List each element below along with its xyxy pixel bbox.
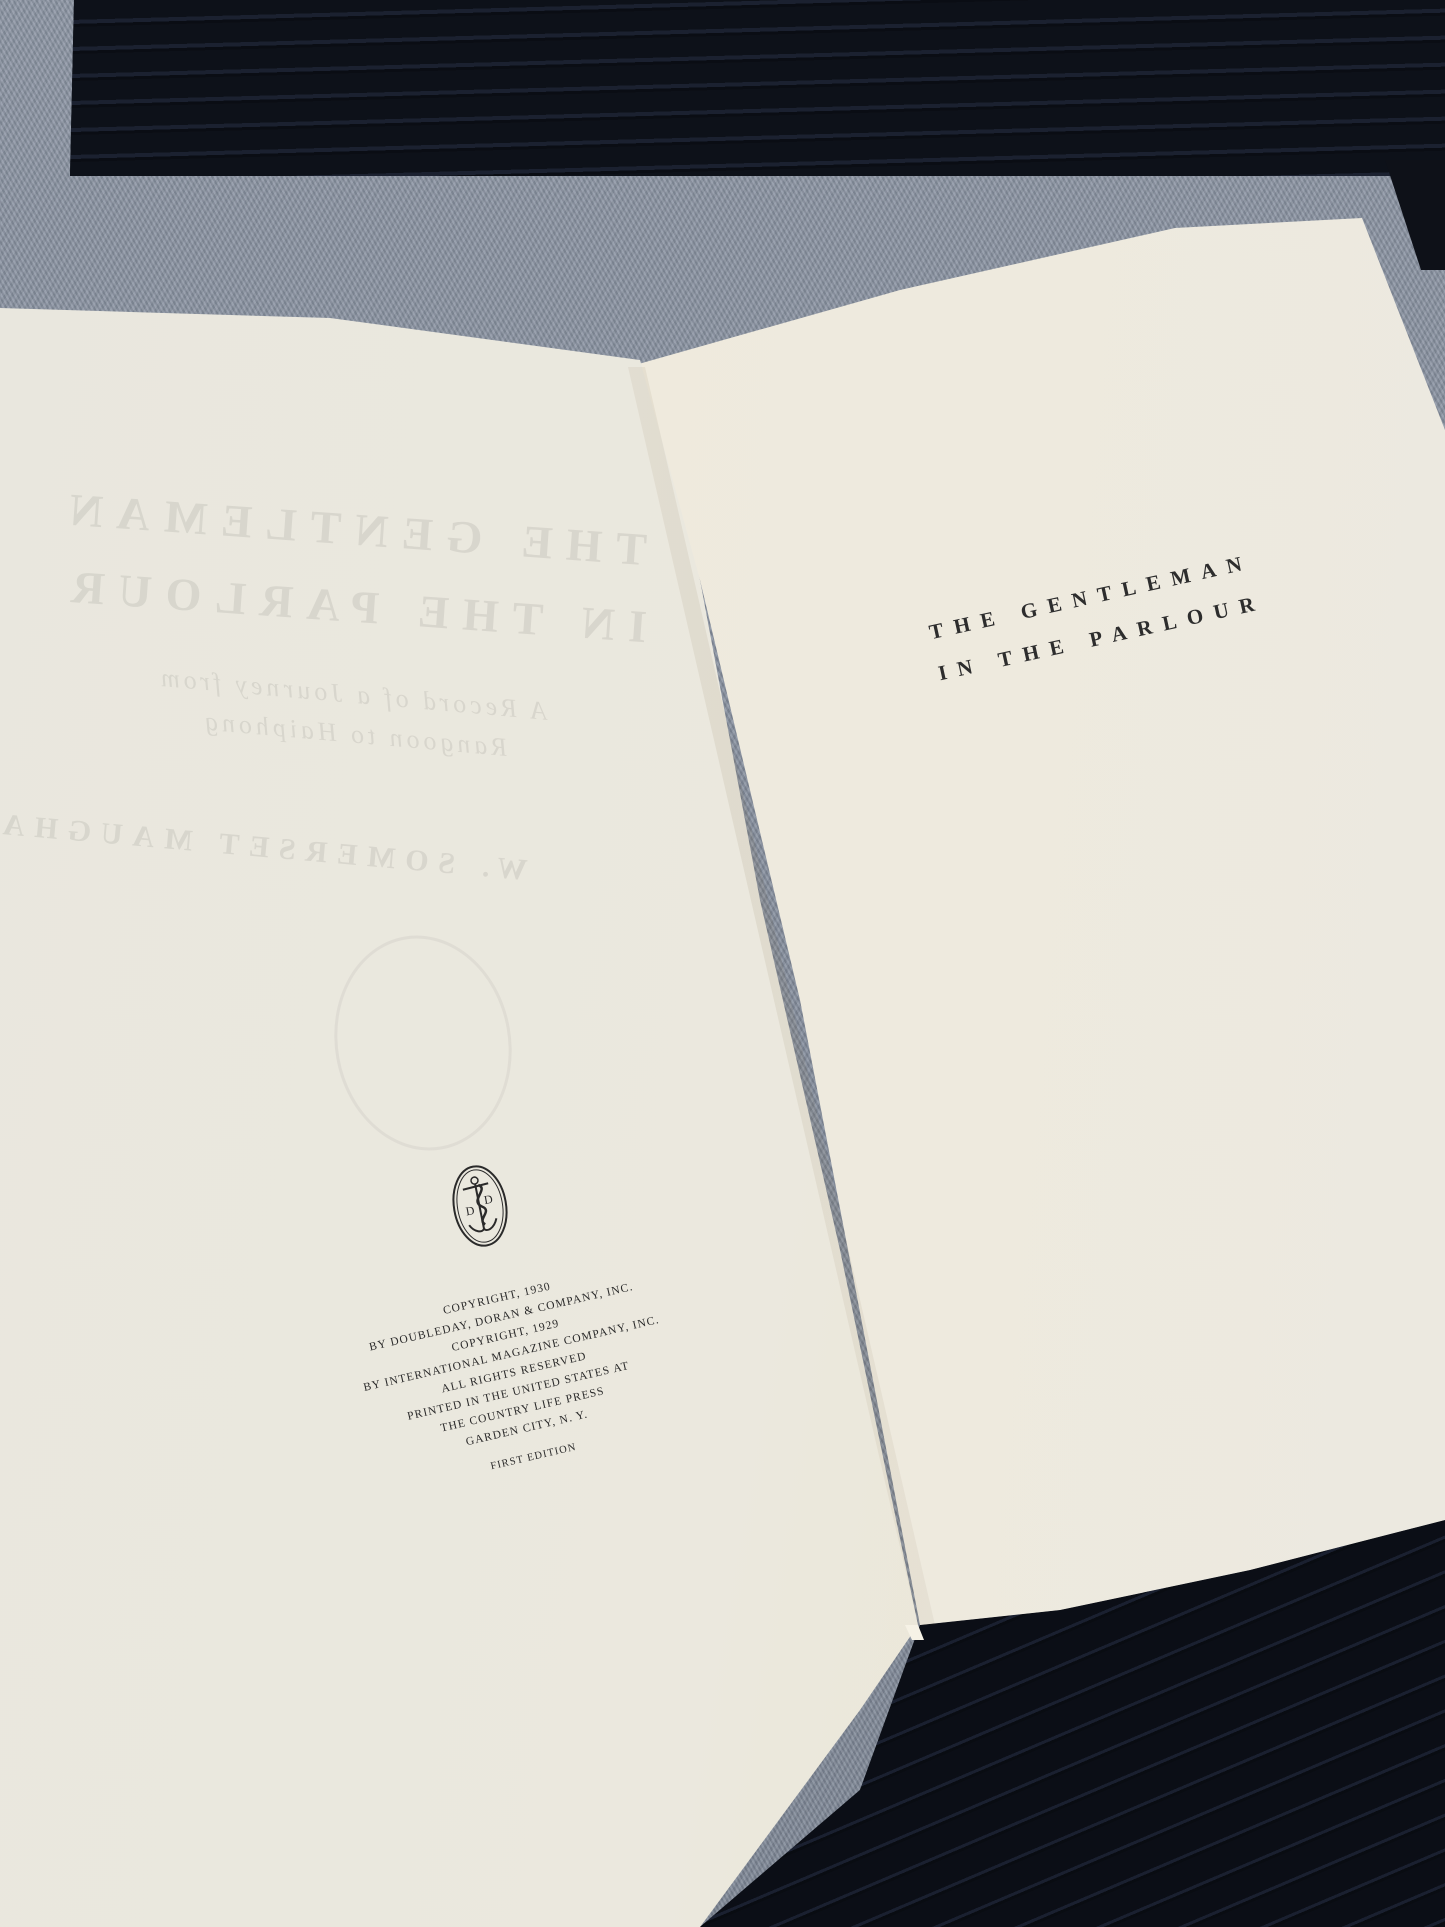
svg-text:D: D [483,1192,494,1207]
svg-text:D: D [465,1203,476,1218]
black-velvet-cloth-top [70,0,1445,176]
